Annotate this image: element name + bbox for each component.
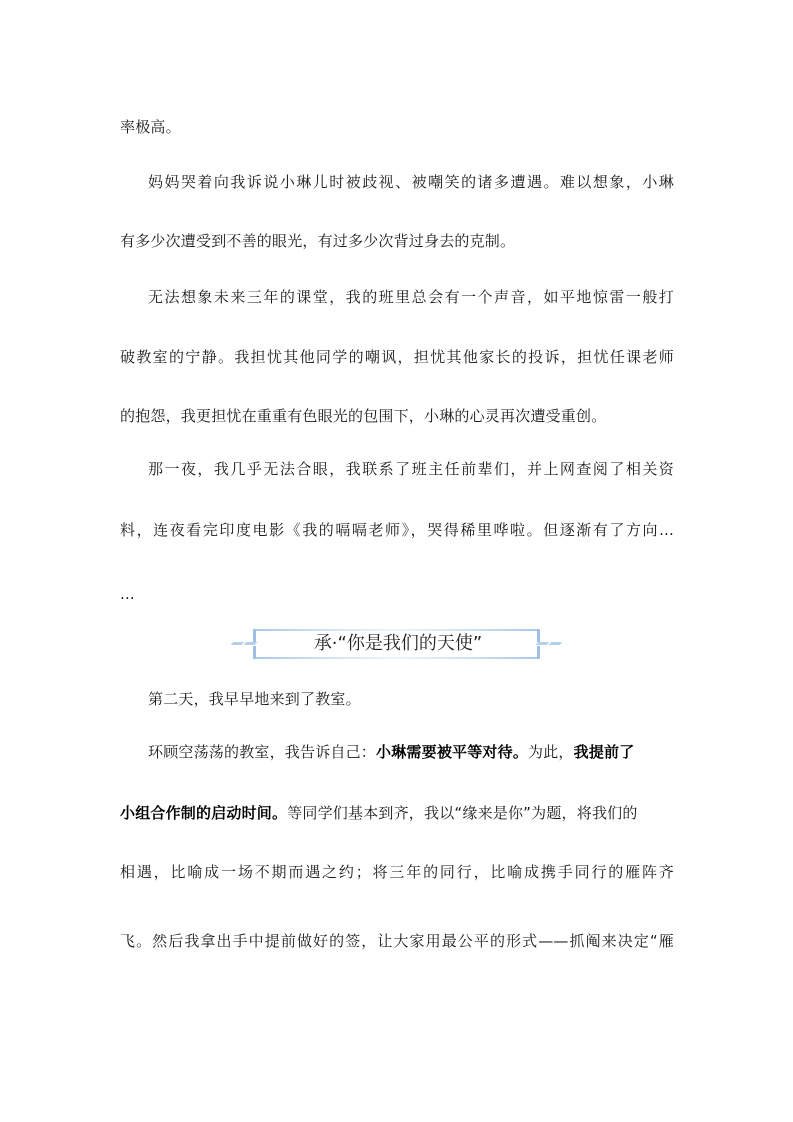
text-run: 为此，	[528, 743, 574, 761]
paragraph-line: 小组合作制的启动时间。等同学们基本到齐，我以“缘来是你”为题，将我们的	[120, 803, 674, 823]
decor-dash-icon	[244, 642, 258, 645]
frame-left-bar	[253, 646, 256, 659]
text-run: 等同学们基本到齐，我以“缘来是你”为题，将我们的	[287, 804, 637, 822]
paragraph-line: ...	[120, 584, 674, 604]
frame-right-bar	[537, 629, 540, 642]
paragraph-line: 的抱怨，我更担忧在重重有色眼光的包围下，小琳的心灵再次遭受重创。	[120, 406, 674, 426]
document-page: 率极高。 妈妈哭着向我诉说小琳儿时被歧视、被嘲笑的诸多遭遇。难以想象，小琳 有多…	[0, 0, 793, 1122]
frame-left-bar	[253, 629, 256, 642]
frame-top-line	[254, 629, 538, 631]
section-heading-frame: 承·“你是我们的天使”	[228, 624, 564, 664]
paragraph-line: 相遇，比喻成一场不期而遇之约；将三年的同行，比喻成携手同行的雁阵齐	[120, 862, 674, 882]
text-run: 环顾空荡荡的教室，我告诉自己：	[148, 743, 376, 761]
paragraph-line: 环顾空荡荡的教室，我告诉自己：小琳需要被平等对待。为此，我提前了	[148, 742, 674, 762]
paragraph-line: 料，连夜看完印度电影《我的嗝嗝老师》，哭得稀里哗啦。但逐渐有了方向...	[120, 520, 674, 540]
paragraph-line: 那一夜，我几乎无法合眼，我联系了班主任前辈们，并上网查阅了相关资	[148, 459, 674, 479]
bold-text-run: 小组合作制的启动时间。	[120, 804, 287, 822]
paragraph-line: 飞。然后我拿出手中提前做好的签，让大家用最公平的形式——抓阄来决定“雁	[120, 931, 674, 951]
frame-bottom-line	[254, 657, 538, 659]
bold-text-run: 我提前了	[574, 743, 635, 761]
bold-text-run: 小琳需要被平等对待。	[376, 743, 528, 761]
frame-right-bar	[537, 646, 540, 659]
paragraph-line: 率极高。	[120, 117, 674, 137]
paragraph-line: 破教室的宁静。我担忧其他同学的嘲讽，担忧其他家长的投诉，担忧任课老师	[120, 347, 674, 367]
paragraph-line: 妈妈哭着向我诉说小琳儿时被歧视、被嘲笑的诸多遭遇。难以想象，小琳	[148, 172, 674, 192]
paragraph-line: 无法想象未来三年的课堂，我的班里总会有一个声音，如平地惊雷一般打	[148, 287, 674, 307]
decor-dash-icon	[549, 642, 563, 645]
paragraph-line: 第二天，我早早地来到了教室。	[148, 689, 674, 709]
paragraph-line: 有多少次遭受到不善的眼光，有过多少次背过身去的克制。	[120, 231, 674, 251]
section-heading: 承·“你是我们的天使”	[308, 633, 488, 655]
